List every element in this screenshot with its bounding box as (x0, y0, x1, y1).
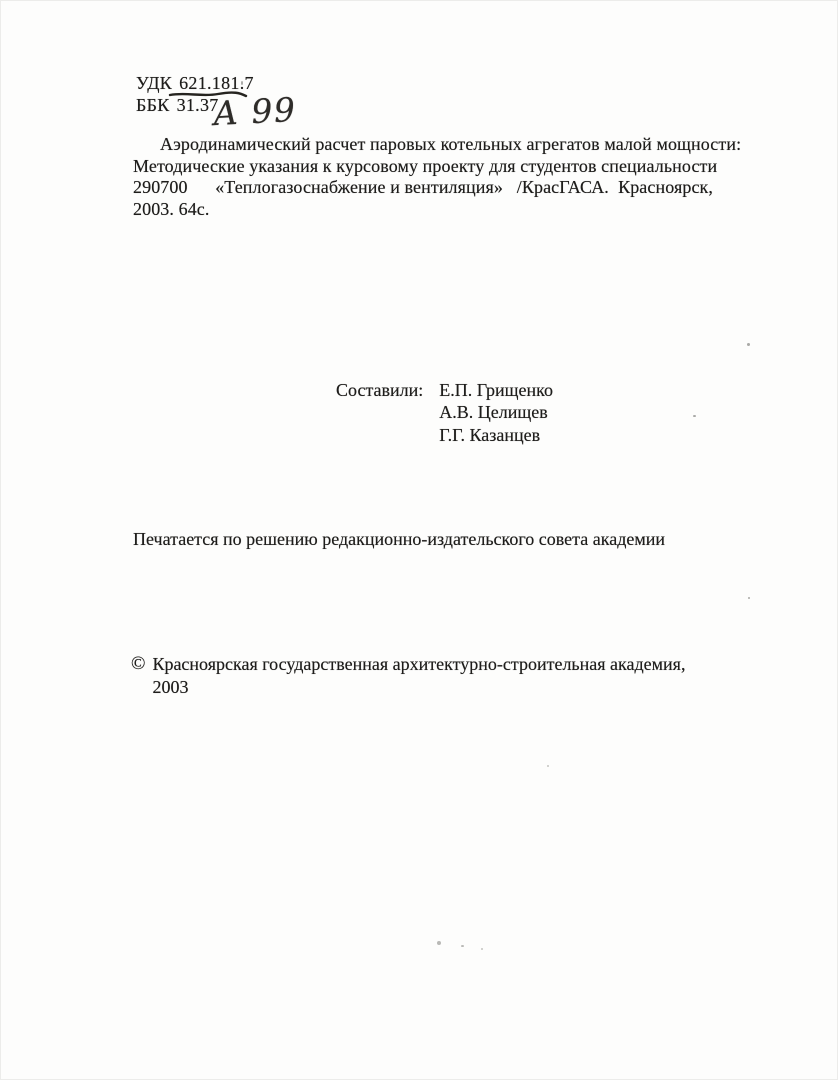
scan-speck (241, 81, 243, 85)
scan-speck (747, 343, 750, 346)
compiler-name: Е.П. Грищенко (439, 379, 553, 401)
bbk-label: ББК (136, 94, 170, 116)
copyright-year: 2003 (152, 676, 685, 699)
scan-speck (547, 765, 549, 767)
scan-speck (481, 948, 483, 950)
copyright-block: © Красноярская государственная архитекту… (131, 653, 685, 698)
scan-speck (748, 597, 750, 599)
compilers-block: Составили: Е.П. Грищенко А.В. Целищев Г.… (336, 379, 553, 446)
udk-label: УДК (136, 72, 172, 94)
scan-speck (693, 415, 696, 417)
copyright-holder: Красноярская государственная архитектурн… (152, 653, 685, 676)
scan-speck (461, 945, 464, 947)
abstract-line: 290700 «Теплогазоснабжение и вентиляция»… (133, 177, 755, 199)
print-approval-note: Печатается по решению редакционно-издате… (133, 528, 665, 550)
abstract-line: Аэродинамический расчет паровых котельны… (133, 134, 755, 156)
bibliographic-description: Аэродинамический расчет паровых котельны… (133, 134, 755, 220)
scanned-title-verso-page: УДК621.181.7 ББК31.37 А 99 Аэродинамичес… (0, 0, 838, 1080)
copyright-symbol: © (131, 653, 145, 698)
copyright-text: Красноярская государственная архитектурн… (152, 653, 685, 698)
compiler-name: А.В. Целищев (439, 401, 553, 423)
abstract-line: 2003. 64с. (133, 199, 755, 221)
compilers-names: Е.П. Грищенко А.В. Целищев Г.Г. Казанцев (439, 379, 553, 446)
abstract-line: Методические указания к курсовому проект… (133, 156, 755, 178)
compiler-name: Г.Г. Казанцев (439, 424, 553, 446)
compilers-label: Составили: (336, 379, 423, 446)
handwritten-code: А 99 (212, 92, 297, 132)
scan-speck (437, 941, 441, 945)
